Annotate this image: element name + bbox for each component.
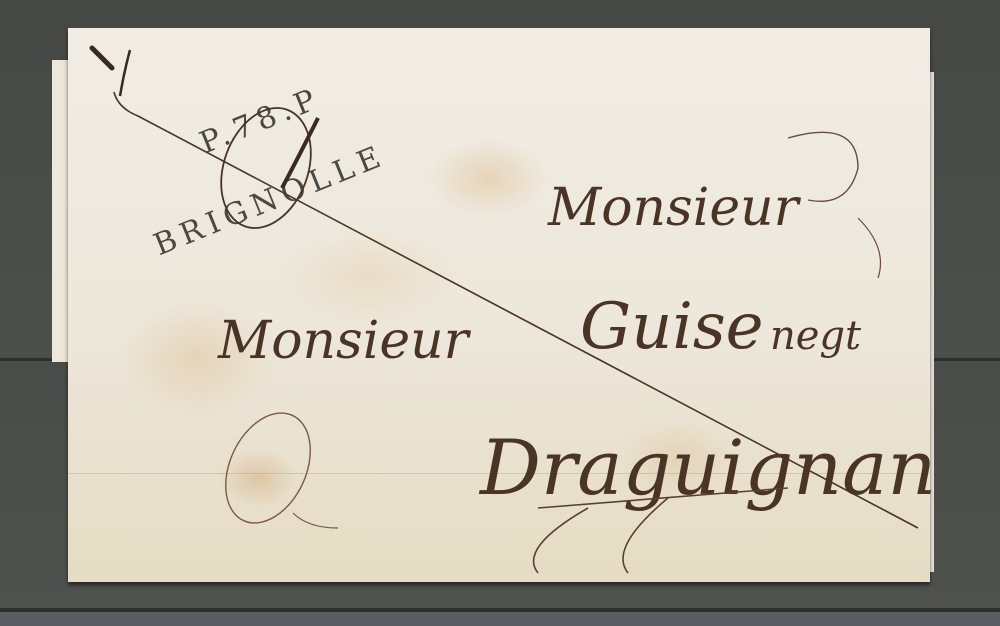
cross-out-line: [114, 92, 918, 528]
letter-cover: P.78.P BRIGNOLLE Monsieur Monsieur Guise…: [68, 28, 930, 582]
tick-mark-icon: [92, 48, 112, 68]
mount-bottom-strip: [0, 612, 1000, 626]
rate-mark-lower: [209, 399, 327, 536]
rate-mark-upper: [205, 95, 326, 240]
manuscript-strokes: [68, 28, 930, 582]
